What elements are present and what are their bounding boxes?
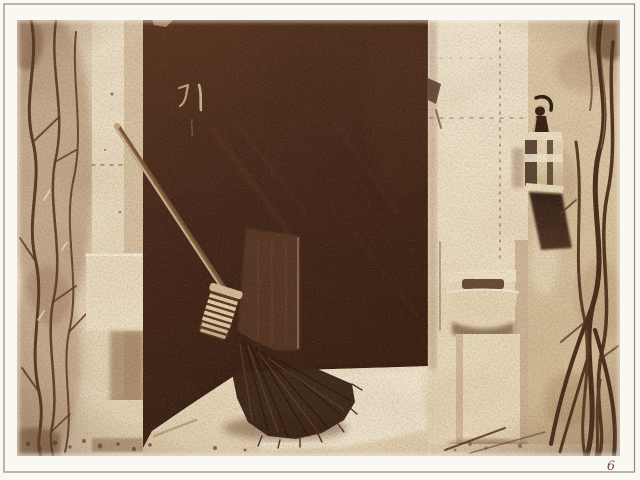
plate-number: 6 bbox=[607, 459, 615, 474]
photograph-svg: 6 bbox=[0, 0, 640, 480]
vignette bbox=[17, 20, 620, 456]
photograph bbox=[9, 12, 636, 456]
photogravure-plate: 6 bbox=[0, 0, 640, 480]
